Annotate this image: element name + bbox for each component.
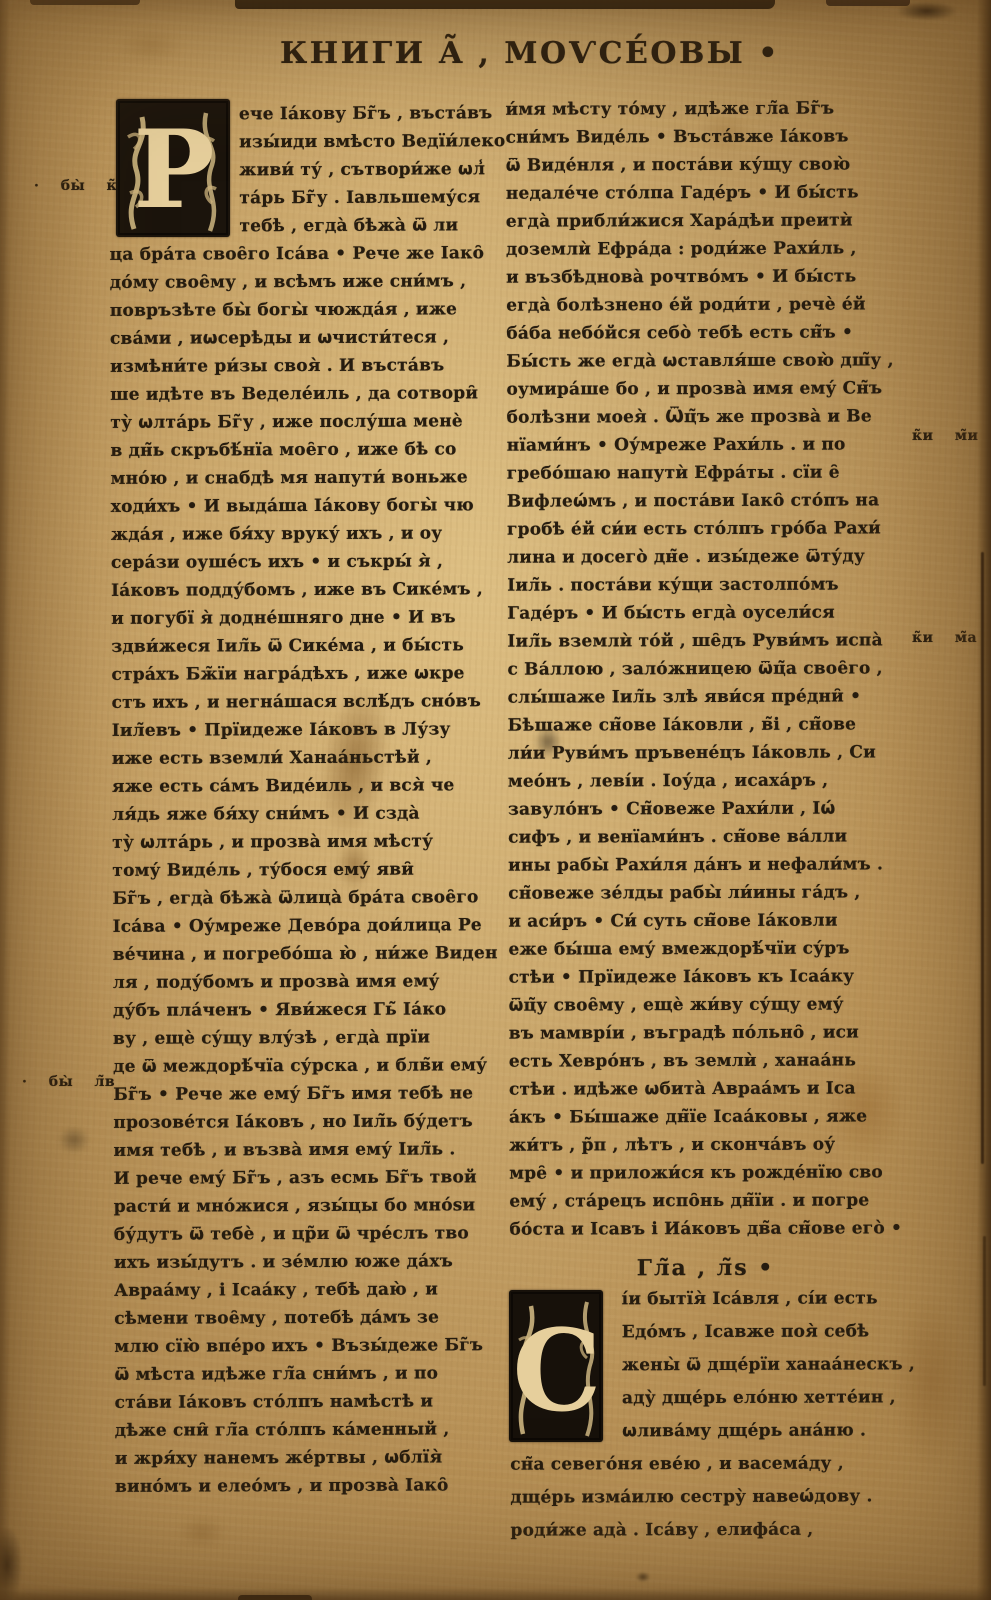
text-line: мео́нъ , леві́и . Іоу́да , исаха́ръ , bbox=[508, 766, 900, 795]
text-line: ше идѣте въ Веделе́иль , да сотвори̑ bbox=[110, 379, 504, 409]
text-line: аду̀ дще́рь ело́ню хетте́ин , bbox=[510, 1381, 902, 1415]
text-line: ду́бъ пла́ченъ • Яви́жеся Гь̃ Іа́ко bbox=[113, 995, 507, 1025]
text-line: расти́ и мно́жися , язы́цы бо мно́ѕи bbox=[114, 1191, 508, 1221]
page-edge-shadow bbox=[977, 0, 991, 1600]
text-line: ве́чина , и погребо́ша ю̀ , ни́же Виден bbox=[113, 939, 507, 969]
page-edge-mark bbox=[826, 0, 910, 6]
text-line: ины рабы̀ Рахи́ля да́нъ и нефали́мъ . bbox=[508, 850, 900, 879]
text-line: И рече ему́ Бг̃ъ , азъ есмь Бг̃ъ твой bbox=[114, 1163, 508, 1193]
text-line: ихъ изы́дутъ . и зе́млю юже да́хъ bbox=[114, 1247, 508, 1277]
text-line: бо́ста и Ісавъ і Иа́ковъ дв̃а сн̃ове его… bbox=[509, 1214, 901, 1243]
margin-note: к̃и м̃и bbox=[912, 428, 978, 444]
page-corner-mark bbox=[898, 2, 956, 20]
text-line: изы́иди вмѣсто Ведїи́леко bbox=[109, 127, 503, 157]
text-line: ли́и Руви́мъ пръвене́цъ Іа́ковль , Си bbox=[508, 738, 900, 767]
text-line: лина и досего̀ дн̃е . изы́деже ѿту́ду bbox=[507, 542, 899, 571]
text-line: в дн̃ь скръбѣ́нїа мое̑го , иже бѣ со bbox=[110, 435, 504, 465]
text-line: сѣмени твое̑му , потебѣ да́мъ зе bbox=[114, 1303, 508, 1333]
text-line: въ мамврі́и , въградѣ по́льно̑ , иси bbox=[509, 1018, 901, 1047]
text-line: болѣзни моея̀ . Ѿц̃ъ же прозва̀ и Ве bbox=[507, 402, 899, 431]
text-line: иже есть вземли́ Ханаа́ньстѣй , bbox=[112, 743, 506, 773]
text-line: сни́мъ Виде́ль • Въста́вже Іа́ковъ bbox=[506, 122, 898, 151]
text-line: егда̀ прибли́жися Хара́дѣи преитѝ bbox=[506, 206, 898, 235]
text-line: сифъ , и венїами́нъ . сн̃ове ва́лли bbox=[508, 822, 900, 851]
text-line: оумира́ше бо , и прозва̀ имя ему́ Сн̃ъ bbox=[506, 374, 898, 403]
text-line: здви́жеся Іил̃ь ѿ Сике́ма , и бы́сть bbox=[111, 631, 505, 661]
text-line: яже есть са́мъ Виде́иль , и вся̀ че bbox=[112, 771, 506, 801]
text-line: дще́рь изма́илю сестру̀ навеѡ́дову . bbox=[510, 1480, 902, 1514]
text-line: Авраа́му , і Ісаа́ку , тебѣ даю̀ , и bbox=[114, 1275, 508, 1305]
text-line: ѡлива́му дще́рь ана́ню . bbox=[510, 1414, 902, 1448]
text-line: Бѣшаже сн̃ове Іа́ковли , в̃і , сн̃ове bbox=[508, 710, 900, 739]
text-line: Іил̃ь вземлѝ то́й , ше̑дъ Руви́мъ испа̀ bbox=[507, 626, 899, 655]
chapter-heading: Гл̃а , л̃ѕ • bbox=[510, 1252, 902, 1283]
text-line: гробѣ е́й си́и есть сто́лпъ гро́ба Рахи́ bbox=[507, 514, 899, 543]
text-line: вино́мъ и елео́мъ , и прозва̀ Іако̑ bbox=[115, 1471, 509, 1501]
text-line: Іил̃евъ • Прїидеже Іа́ковъ в Лу́зу bbox=[112, 715, 506, 745]
text-line: слы́шаже Іил̃ь злѣ яви́ся пре́дни̑ • bbox=[508, 682, 900, 711]
text-line: ля , поду́бомъ и прозва̀ имя ему́ bbox=[113, 967, 507, 997]
text-line: и погубї я̀ додне́шняго дне • И въ bbox=[111, 603, 505, 633]
text-line: сва́ми , иѡсерѣды и ѡчисти́теся , bbox=[110, 323, 504, 353]
text-line: с Ва́ллою , зало́жницею ѿц̃а свое̑го , bbox=[507, 654, 899, 683]
text-line: Іил̃ь . поста́ви ку́щи застолпо́мъ bbox=[507, 570, 899, 599]
text-line: ля́дь яже бя́ху сни́мъ • И сзда̀ bbox=[112, 799, 506, 829]
text-line: сера́зи оуше́съ ихъ • и съкры́ я̀ , bbox=[111, 547, 505, 577]
margin-note: к̃и м̃а bbox=[912, 630, 977, 646]
text-line: млю сїю̀ впе́ро ихъ • Възы́деже Бг̃ъ bbox=[114, 1331, 508, 1361]
text-line: ца бра́та свое̑го Іса́ва • Рече же Іако̑ bbox=[110, 239, 504, 269]
text-line: имя тебѣ , и възва̀ имя ему́ Іил̃ь . bbox=[113, 1135, 507, 1165]
text-line: ему́ , ста́рецъ испо̑нь дн̃їи . и погре bbox=[509, 1186, 901, 1215]
text-line: дѣже сни̑ гл̃а сто́лпъ ка́менный , bbox=[115, 1415, 509, 1445]
chapter-36-text: і́и бытїя̀ Іса́вля , сі́и естьЕдо́мъ , І… bbox=[510, 1282, 903, 1547]
ink-speck bbox=[636, 1572, 650, 1582]
text-line: Бг̃ъ • Рече же ему́ Бг̃ъ имя тебѣ не bbox=[113, 1079, 507, 1109]
text-line: ече Іа́кову Бг̃ъ , въста́въ bbox=[109, 99, 503, 129]
text-line: егда̀ болѣзнено е́й роди́ти , речѐ е́й bbox=[506, 290, 898, 319]
text-line: де ѿ междорѣ́чїа су́рска , и блв̃и ему́ bbox=[113, 1051, 507, 1081]
text-line: и́мя мѣсту то́му , идѣже гл̃а Бг̃ъ bbox=[505, 94, 897, 123]
text-line: стѣи . идѣже ѡбита̀ Авраа́мъ и Іса bbox=[509, 1074, 901, 1103]
text-line: бу́дутъ ѿ тебѐ , и цр̃и ѿ чре́слъ тво bbox=[114, 1219, 508, 1249]
chapter-35-text: и́мя мѣсту то́му , идѣже гл̃а Бг̃ъсни́мъ… bbox=[505, 94, 901, 1243]
text-line: сн̃а севего́ня еве́ю , и васема́ду , bbox=[510, 1447, 902, 1481]
text-line: завуло́нъ • Сн̃овеже Рахи́ли , Іѡ́ bbox=[508, 794, 900, 823]
text-line: ба́ба небо́йся себо̀ тебѣ есть сн̃ъ • bbox=[506, 318, 898, 347]
text-line: Іса́ва • Оу́мреже Дево́ра дои́лица Ре bbox=[112, 911, 506, 941]
text-line: стра́хъ Бж̃їи награ́дѣхъ , иже ѡкре bbox=[111, 659, 505, 689]
text-line: недале́че сто́лпа Гаде́ръ • И бы́сть bbox=[506, 178, 898, 207]
text-line: мре̑ • и приложи́ся къ рожде́нїю сво bbox=[509, 1158, 901, 1187]
text-line: доземлѝ Ефра́да : роди́же Рахи́ль , bbox=[506, 234, 898, 263]
text-line: и жря́ху нанемъ же́ртвы , ѡблїя̀ bbox=[115, 1443, 509, 1473]
text-line: повръзѣте бы̀ богы̀ чюжда́я , иже bbox=[110, 295, 504, 325]
binding-crease bbox=[983, 1236, 986, 1386]
text-line: жда́я , иже бя́ху вруку́ ихъ , и оу bbox=[111, 519, 505, 549]
text-line: сн̃овеже зе́лды рабы̀ ли́ины га́дъ , bbox=[508, 878, 900, 907]
text-line: ѿ Виде́нля , и поста́ви ку́щу свою̀ bbox=[506, 150, 898, 179]
text-line: і́и бытїя̀ Іса́вля , сі́и есть bbox=[510, 1282, 902, 1316]
page-edge-shadow bbox=[0, 1588, 991, 1600]
text-line: тебѣ , егда̀ бѣжа̀ ѿ ли bbox=[109, 211, 503, 241]
page-edge-mark bbox=[30, 0, 140, 5]
running-head: КНИГИ А̃ , МОѴСЕ́ОВЫ • bbox=[105, 36, 955, 71]
text-line: жи́тъ , р̃п , лѣтъ , и сконча́въ оу́ bbox=[509, 1130, 901, 1159]
text-line: Бы́сть же егда̀ ѡставля́ше свою̀ дш̃у , bbox=[506, 346, 898, 375]
text-line: ву , ещѐ су́щу влу́зѣ , егда̀ прїи bbox=[113, 1023, 507, 1053]
text-line: та́рь Бг̃у . Іавльшему́ся bbox=[109, 183, 503, 213]
page-corner-mark bbox=[0, 1528, 22, 1600]
page-edge-shadow bbox=[0, 0, 10, 1600]
text-line: а́къ • Бы́шаже дн̃їе Ісаа́ковы , яже bbox=[509, 1102, 901, 1131]
text-line: нїами́нъ • Оу́мреже Рахи́ль . и по bbox=[507, 430, 899, 459]
text-line: живи́ ту́ , сътвори́же ѡл̾ bbox=[109, 155, 503, 185]
text-line: Едо́мъ , Ісавже поя̀ себѣ bbox=[510, 1315, 902, 1349]
text-line: Гаде́ръ • И бы́сть егда̀ оусели́ся bbox=[507, 598, 899, 627]
margin-note: · бы̀ л̃в bbox=[22, 1074, 115, 1090]
binding-crease bbox=[981, 552, 984, 1164]
page-edge-mark bbox=[235, 0, 775, 9]
text-line: ходи́хъ • И выда́ша Іа́кову богы̀ чю bbox=[111, 491, 505, 521]
text-line: ста́ви Іа́ковъ сто́лпъ намѣстѣ и bbox=[115, 1387, 509, 1417]
text-line: ѿ мѣста идѣже гл̃а сни́мъ , и по bbox=[114, 1359, 508, 1389]
text-line: тому́ Виде́ль , ту́бося ему́ яви̑ bbox=[112, 855, 506, 885]
left-text-column: ече Іа́кову Бг̃ъ , въста́въизы́иди вмѣст… bbox=[109, 99, 509, 1501]
page-edge-mark bbox=[238, 1595, 312, 1600]
text-line: еже бы́ша ему́ вмеждорѣ́чїи су́ръ bbox=[508, 934, 900, 963]
text-line: прозове́тся Іа́ковъ , но Іил̃ь бу́детъ bbox=[113, 1107, 507, 1137]
text-line: и възбѣднова̀ рочтво́мъ • И бы́сть bbox=[506, 262, 898, 291]
text-line: стѣи • Прїидеже Іа́ковъ къ Ісаа́ку bbox=[508, 962, 900, 991]
text-line: жены̀ ѿ дще́рїи ханаа́нескъ , bbox=[510, 1348, 902, 1382]
text-line: есть Хевро́нъ , въ землѝ , ханаа́нь bbox=[509, 1046, 901, 1075]
text-line: стъ ихъ , и негна́шася вслѣ́дъ сно́въ bbox=[112, 687, 506, 717]
stain bbox=[178, 1516, 226, 1548]
text-line: ѿц̃у свое̑му , ещѐ жи́ву су́щу ему́ bbox=[509, 990, 901, 1019]
text-line: до́му свое̑му , и всѣмъ иже сни́мъ , bbox=[110, 267, 504, 297]
text-line: мно́ю , и снабдѣ мя напути́ воньже bbox=[111, 463, 505, 493]
text-line: Іа́ковъ подду́бомъ , иже въ Сике́мъ , bbox=[111, 575, 505, 605]
text-line: роди́же ада̀ . Іса́ву , елифа́са , bbox=[510, 1513, 902, 1547]
text-line: измѣни́те ри́зы своя̀ . И въста́въ bbox=[110, 351, 504, 381]
text-line: ту̀ ѡлта́рь Бг̃у , иже послу́ша менѐ bbox=[110, 407, 504, 437]
text-line: Бг̃ъ , егда̀ бѣжа̀ ѿлица̀ бра́та свое̑го bbox=[112, 883, 506, 913]
right-text-column: и́мя мѣсту то́му , идѣже гл̃а Бг̃ъсни́мъ… bbox=[505, 94, 902, 1547]
text-line: гребо́шаю напутѝ Ефра́ты . сїи е̑ bbox=[507, 458, 899, 487]
text-line: ту̀ ѡлта́рь , и прозва̀ имя мѣсту́ bbox=[112, 827, 506, 857]
text-line: и аси́ръ • Си́ суть сн̃ове Іа́ковли bbox=[508, 906, 900, 935]
ink-smudge bbox=[58, 1126, 90, 1154]
text-line: Вифлеѡ́мъ , и поста́ви Іако̑ сто́пъ на bbox=[507, 486, 899, 515]
